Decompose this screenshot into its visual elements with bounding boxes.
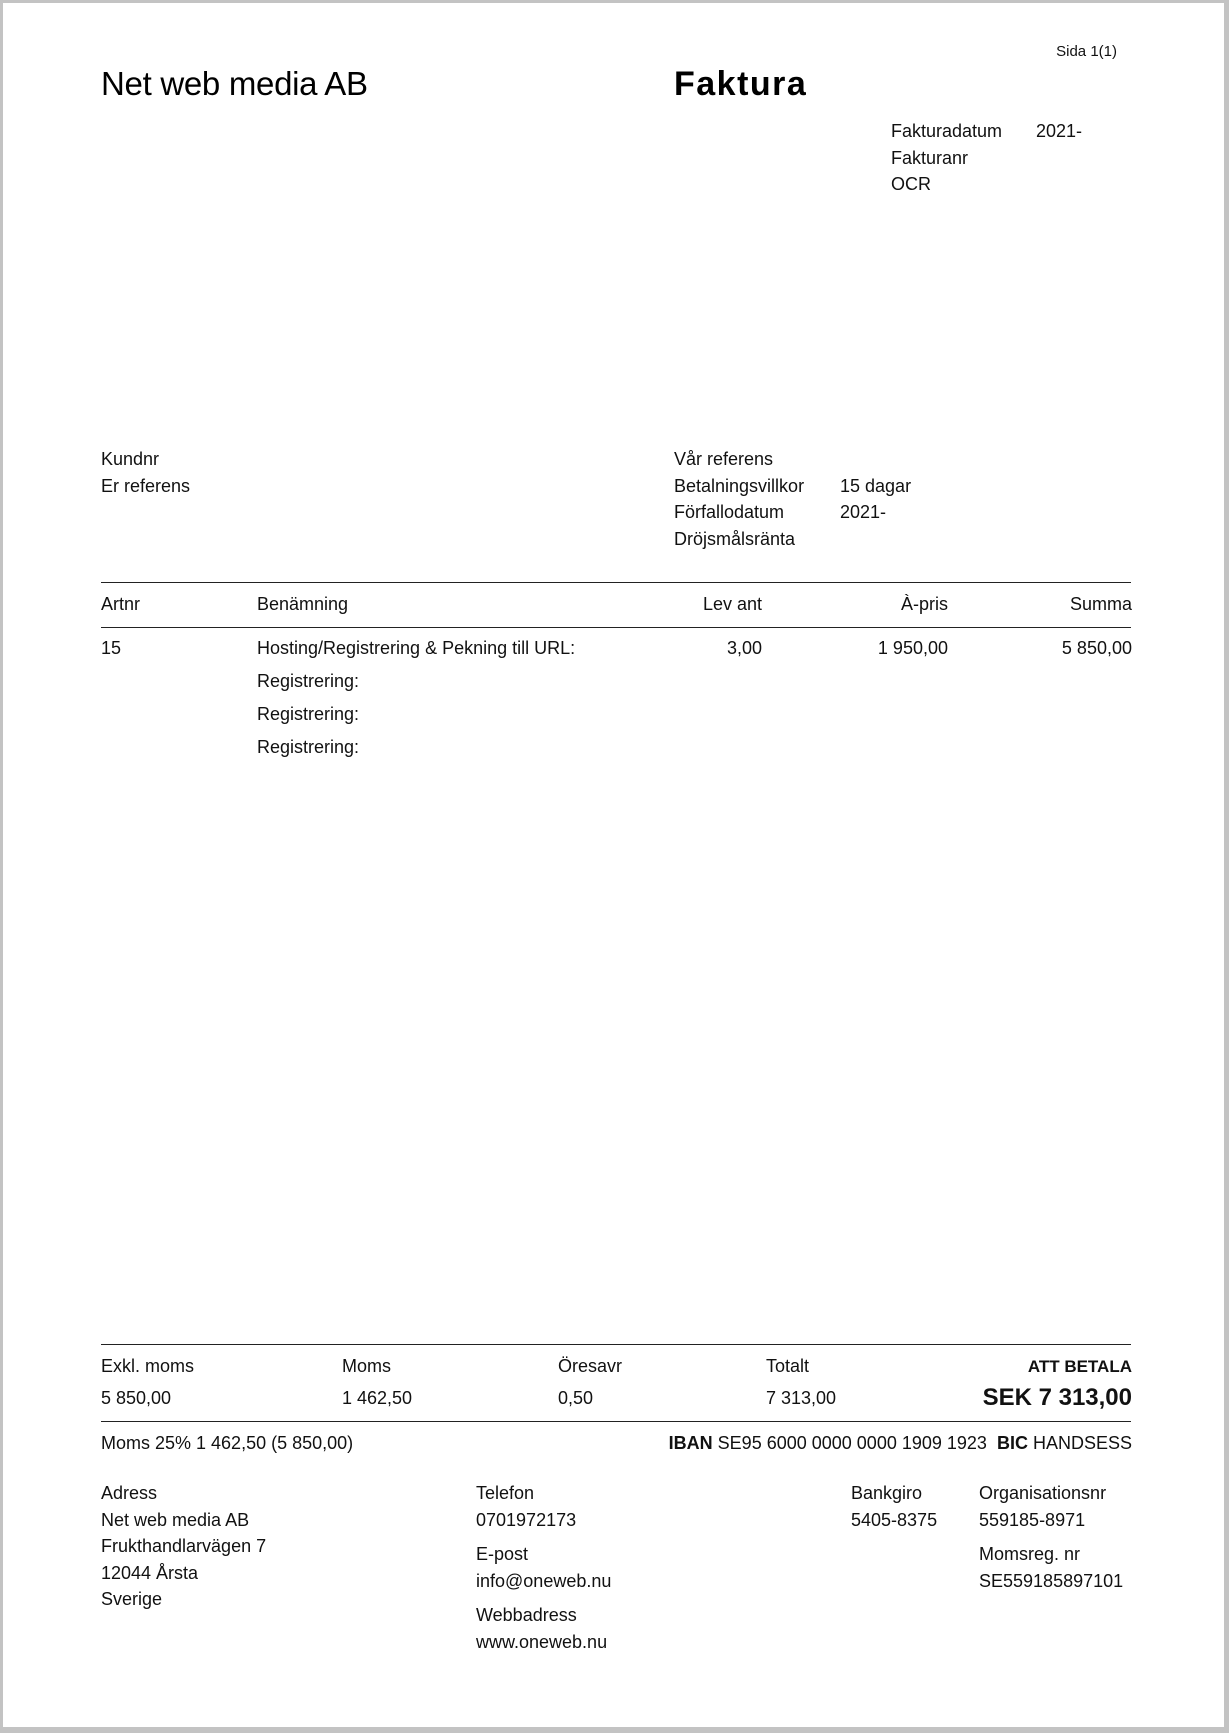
- amount-due-label: ATT BETALA: [1028, 1356, 1132, 1378]
- seller-info-label: Vår referens: [674, 448, 773, 470]
- column-header-sum: Summa: [1070, 593, 1132, 615]
- seller-info-value: 2021-: [840, 501, 886, 523]
- table-header-divider: [101, 627, 1131, 628]
- bankgiro-label: Bankgiro: [851, 1480, 937, 1507]
- totals-top-divider: [101, 1344, 1131, 1345]
- seller-info-label: Förfallodatum: [674, 501, 784, 523]
- phone-label: Telefon: [476, 1480, 611, 1507]
- address-line: 12044 Årsta: [101, 1560, 266, 1587]
- document-title: Faktura: [674, 65, 807, 104]
- bank-details: IBAN SE95 6000 0000 0000 1909 1923 BIC H…: [669, 1432, 1132, 1454]
- cell-unit-price: 1 950,00: [878, 637, 948, 659]
- footer-contact: Telefon 0701972173 E-post info@oneweb.nu…: [476, 1480, 611, 1655]
- cell-description-subline: Registrering:: [257, 703, 359, 725]
- phone-value: 0701972173: [476, 1507, 611, 1534]
- vat-summary: Moms 25% 1 462,50 (5 850,00): [101, 1432, 353, 1454]
- email-label: E-post: [476, 1541, 611, 1568]
- vat-label: Moms: [342, 1355, 391, 1377]
- column-header-description: Benämning: [257, 593, 348, 615]
- vat-reg-value: SE559185897101: [979, 1568, 1123, 1595]
- vat-reg-label: Momsreg. nr: [979, 1541, 1123, 1568]
- column-header-unit-price: À-pris: [901, 593, 948, 615]
- org-number-value: 559185-8971: [979, 1507, 1123, 1534]
- bic-value: HANDSESS: [1033, 1433, 1132, 1453]
- footer-registration: Organisationsnr 559185-8971 Momsreg. nr …: [979, 1480, 1123, 1594]
- vat-value: 1 462,50: [342, 1387, 412, 1409]
- address-line: Frukthandlarvägen 7: [101, 1533, 266, 1560]
- seller-info-value: 15 dagar: [840, 475, 911, 497]
- iban-value: SE95 6000 0000 0000 1909 1923: [718, 1433, 987, 1453]
- cell-artnr: 15: [101, 637, 121, 659]
- table-top-divider: [101, 582, 1131, 583]
- amount-due-value: SEK 7 313,00: [983, 1384, 1132, 1412]
- bankgiro-value: 5405-8375: [851, 1507, 937, 1534]
- page-indicator: Sida 1(1): [1056, 43, 1117, 60]
- total-value: 7 313,00: [766, 1387, 836, 1409]
- address-label: Adress: [101, 1480, 266, 1507]
- rounding-label: Öresavr: [558, 1355, 622, 1377]
- web-value: www.oneweb.nu: [476, 1629, 611, 1656]
- cell-sum: 5 850,00: [1062, 637, 1132, 659]
- footer-bankgiro: Bankgiro 5405-8375: [851, 1480, 937, 1533]
- seller-info-label: Dröjsmålsränta: [674, 528, 795, 550]
- iban-label: IBAN: [669, 1433, 713, 1453]
- invoice-page: Sida 1(1) Net web media AB Faktura Faktu…: [3, 3, 1224, 1727]
- cell-description-subline: Registrering:: [257, 670, 359, 692]
- address-line: Sverige: [101, 1586, 266, 1613]
- customer-info-label: Er referens: [101, 475, 190, 497]
- rounding-value: 0,50: [558, 1387, 593, 1409]
- cell-description: Hosting/Registrering & Pekning till URL:: [257, 637, 575, 659]
- customer-info-label: Kundnr: [101, 448, 159, 470]
- org-number-label: Organisationsnr: [979, 1480, 1123, 1507]
- cell-description-subline: Registrering:: [257, 736, 359, 758]
- bic-label: BIC: [997, 1433, 1028, 1453]
- seller-info-label: Betalningsvillkor: [674, 475, 804, 497]
- excl-vat-label: Exkl. moms: [101, 1355, 194, 1377]
- total-label: Totalt: [766, 1355, 809, 1377]
- email-value: info@oneweb.nu: [476, 1568, 611, 1595]
- cell-quantity: 3,00: [727, 637, 762, 659]
- meta-label: Fakturadatum: [891, 120, 1002, 142]
- meta-label: OCR: [891, 173, 931, 195]
- totals-bottom-divider: [101, 1421, 1131, 1422]
- footer-address: Adress Net web media AB Frukthandlarväge…: [101, 1480, 266, 1613]
- column-header-quantity: Lev ant: [703, 593, 762, 615]
- web-label: Webbadress: [476, 1602, 611, 1629]
- company-name: Net web media AB: [101, 65, 368, 103]
- meta-label: Fakturanr: [891, 147, 968, 169]
- excl-vat-value: 5 850,00: [101, 1387, 171, 1409]
- meta-value: 2021-: [1036, 120, 1082, 142]
- address-line: Net web media AB: [101, 1507, 266, 1534]
- column-header-artnr: Artnr: [101, 593, 140, 615]
